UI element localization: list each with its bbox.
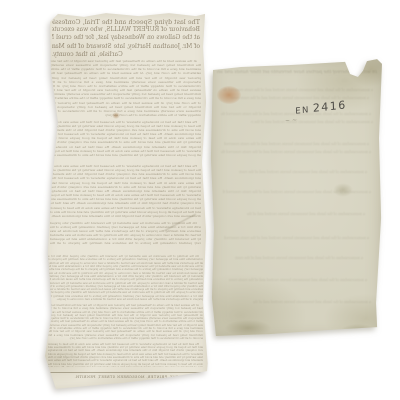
showthrough-heading-line: Carlisle, in that county.: [52, 51, 200, 59]
showthrough-line: a memorandum of the lands and tenements …: [251, 120, 373, 124]
showthrough-line: a memorandum of the lands and tenements …: [221, 150, 371, 154]
showthrough-line: a memorandum of the lands and tenements …: [229, 278, 367, 282]
blank-verso-document-wrapper: In witness whereof the parties have here…: [209, 58, 383, 338]
showthrough-heading-line: The last dying Speech and the Trial, Con…: [52, 18, 200, 26]
red-brown-stain: [217, 86, 241, 104]
showthrough-paragraph: He said that he had no knowledge whateve…: [50, 164, 201, 218]
showthrough-paragraph: On the morning of the execution he was a…: [48, 255, 203, 301]
printer-imprint-line: KAY, PRINTER, MOSSGREEN STREET, PENRITH.: [44, 375, 208, 379]
showthrough-line: a memorandum of the lands and tenements …: [253, 300, 371, 304]
mirrored-showthrough-layer: The last dying Speech and the Trial, Con…: [44, 12, 208, 390]
catalog-prefix: EN: [295, 105, 310, 117]
showthrough-paragraph: He said that he had no knowledge whateve…: [48, 343, 203, 367]
showthrough-line: a memorandum of the lands and tenements …: [223, 142, 369, 146]
showthrough-heading-line: Behaviour of RUPERT WALLIS, who was exec…: [52, 26, 200, 34]
showthrough-paragraph: On the morning of the execution he was a…: [50, 221, 201, 245]
showthrough-text-block: At the assizes held at the castle on Wed…: [50, 59, 201, 157]
showthrough-paragraph: At the assizes held at the castle on Wed…: [48, 304, 203, 340]
broadside-document: The last dying Speech and the Trial, Con…: [44, 12, 208, 390]
showthrough-paragraph: At the assizes held at the castle on Wed…: [50, 59, 201, 117]
printed-rule-line: [49, 372, 203, 373]
showthrough-line: a memorandum of the lands and tenements …: [223, 88, 373, 92]
showthrough-text-block: On the morning of the execution he was a…: [48, 255, 203, 367]
showthrough-line: a memorandum of the lands and tenements …: [247, 212, 365, 216]
showthrough-heading-line: at the Gallows on Wednesday last, for th…: [52, 34, 200, 42]
showthrough-text-block: He said that he had no knowledge whateve…: [50, 164, 201, 245]
blank-verso-document: In witness whereof the parties have here…: [209, 58, 383, 338]
photo-of-two-documents: The last dying Speech and the Trial, Con…: [0, 0, 400, 400]
showthrough-heading-line: of Mr. Jonathan Hartley, late Steward of…: [52, 43, 200, 51]
showthrough-line: a memorandum of the lands and tenements …: [223, 236, 369, 240]
showthrough-line: a memorandum of the lands and tenements …: [239, 170, 367, 174]
pencil-squiggle: ∼∼: [285, 117, 300, 125]
catalog-number: 2416: [313, 98, 347, 115]
right-edge-smudge: [333, 183, 353, 197]
showthrough-line: a memorandum of the lands and tenements …: [235, 256, 363, 260]
brown-stain: [112, 112, 120, 119]
showthrough-handwriting-line: In witness whereof the parties have here…: [217, 70, 377, 77]
broadside-document-wrapper: The last dying Speech and the Trial, Con…: [44, 12, 208, 390]
bottom-left-smudge: [225, 320, 271, 336]
showthrough-paragraph: He said that he had no knowledge whateve…: [50, 120, 201, 157]
bottom-right-smudge: [341, 324, 375, 338]
